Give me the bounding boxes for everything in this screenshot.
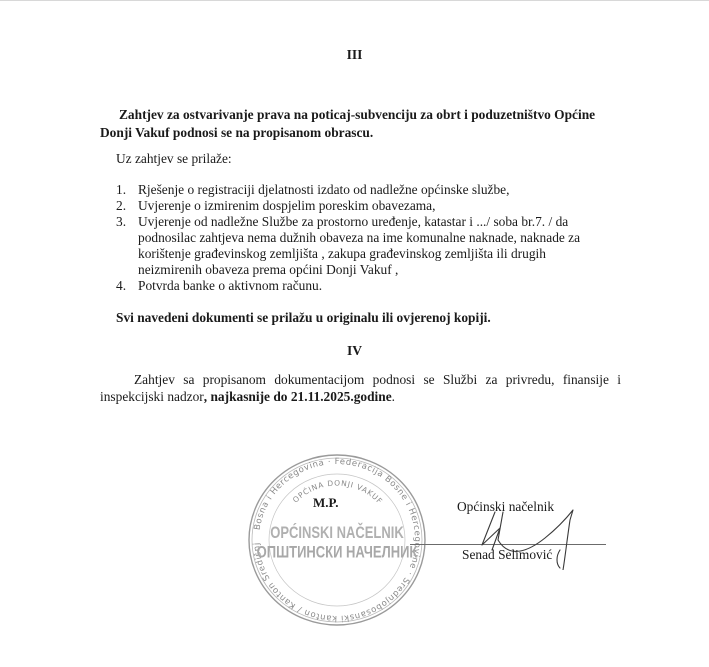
word: sa	[183, 372, 194, 388]
attachments-label: Uz zahtjev se prilaže:	[116, 151, 232, 167]
stamp-center-line-1: OPĆINSKI NAČELNIK	[270, 522, 404, 542]
list-item-text: Rješenje o registraciji djelatnosti izda…	[138, 182, 509, 198]
list-item-text: Uvjerenje o izmirenim dospjelim poreskim…	[138, 198, 435, 214]
deadline-paragraph-end: .	[392, 389, 395, 404]
word: dokumentacijom	[274, 372, 364, 388]
signatory-name: Senad Selimović	[462, 547, 552, 563]
list-item-number: 3.	[116, 214, 136, 230]
list-item-text: Potvrda banke o aktivnom računu.	[138, 278, 322, 294]
deadline-paragraph-line-1: Zahtjevsapropisanomdokumentacijompodnosi…	[134, 372, 621, 388]
page-top-edge	[0, 0, 709, 1]
list-item-text: Uvjerenje od nadležne Službe za prostorn…	[138, 214, 568, 230]
word: propisanom	[203, 372, 266, 388]
deadline-paragraph-text: inspekcijski nadzor	[100, 389, 204, 404]
word: Zahtjev	[134, 372, 175, 388]
word: podnosi	[373, 372, 415, 388]
stamp-center-line-2: ОПШТИНСКИ НАЧЕЛНИК	[257, 543, 418, 562]
list-item-number: 4.	[116, 278, 136, 294]
word: finansije	[563, 372, 609, 388]
mp-label: M.P.	[313, 495, 339, 511]
official-stamp: Bosna i Hercegovina · Federacija Bosne i…	[246, 452, 428, 628]
word: za	[486, 372, 498, 388]
list-item-text-continued: neizmirenih obaveza prema općini Donji V…	[138, 262, 398, 278]
word: Službi	[443, 372, 477, 388]
list-item-text-continued: korištenje građevinskog zemljišta , zaku…	[138, 246, 546, 262]
list-item-text-continued: podnosilac zahtjeva nema dužnih obaveza …	[138, 230, 580, 246]
section-heading-3: III	[0, 47, 709, 63]
word: privredu,	[506, 372, 555, 388]
intro-paragraph-line-2: Donji Vakuf podnosi se na propisanom obr…	[100, 125, 373, 141]
word: i	[617, 372, 621, 388]
list-item-number: 1.	[116, 182, 136, 198]
word: se	[423, 372, 434, 388]
list-item-number: 2.	[116, 198, 136, 214]
deadline-paragraph-line-2: inspekcijski nadzor, najkasnije do 21.11…	[100, 389, 395, 405]
section-heading-4: IV	[0, 343, 709, 359]
intro-paragraph-line-1: Zahtjev za ostvarivanje prava na poticaj…	[119, 107, 595, 123]
closing-note: Svi navedeni dokumenti se prilažu u orig…	[116, 310, 491, 326]
deadline-date: , najkasnije do 21.11.2025.godine	[204, 389, 392, 404]
